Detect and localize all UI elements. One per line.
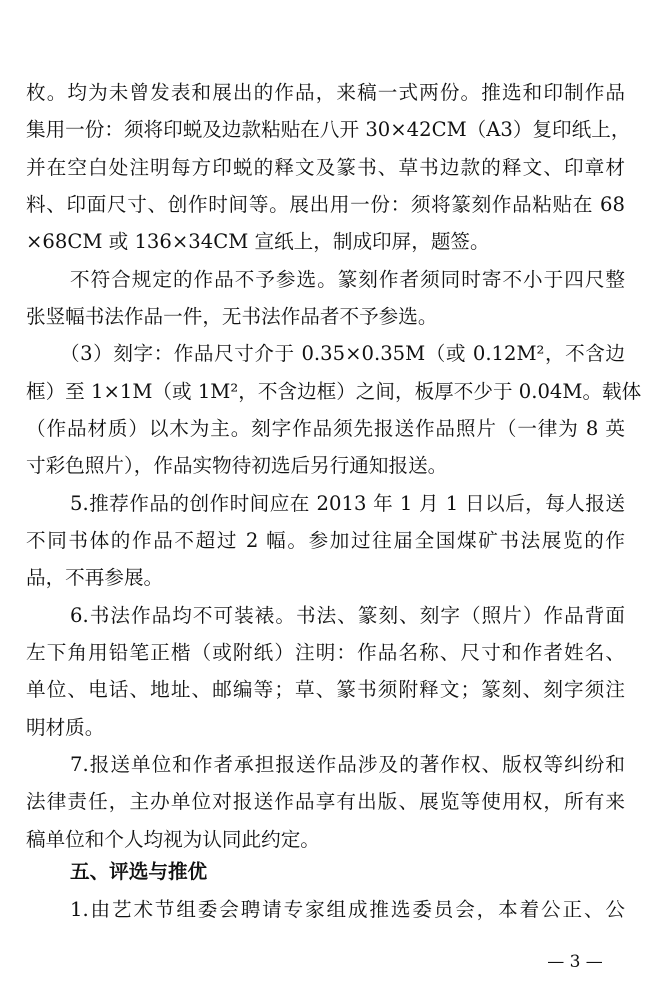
paragraph-line: 不同书体的作品不超过 2 幅。参加过往届全国煤矿书法展览的作: [26, 528, 625, 554]
paragraph-line: 枚。均为未曾发表和展出的作品，来稿一式两份。推选和印制作品: [26, 80, 625, 106]
paragraph-line: 并在空白处注明每方印蜕的释文及篆书、草书边款的释文、印章材: [26, 155, 625, 181]
paragraph-line: ×68CM 或 136×34CM 宣纸上，制成印屏，题签。: [26, 229, 625, 255]
paragraph-line: 张竖幅书法作品一件，无书法作品者不予参选。: [26, 304, 625, 330]
paragraph-line: （3）刻字：作品尺寸介于 0.35×0.35M（或 0.12M²，不含边: [60, 341, 625, 367]
section-heading: 五、评选与推优: [70, 859, 207, 885]
document-page: 枚。均为未曾发表和展出的作品，来稿一式两份。推选和印制作品 集用一份：须将印蜕及…: [0, 0, 650, 994]
page-number: — 3 —: [540, 950, 610, 974]
paragraph-line: 品，不再参展。: [26, 565, 625, 591]
paragraph-line: 5.推荐作品的创作时间应在 2013 年 1 月 1 日以后，每人报送: [70, 491, 625, 517]
paragraph-line: 左下角用铅笔正楷（或附纸）注明：作品名称、尺寸和作者姓名、: [26, 640, 625, 666]
paragraph-line: 1.由艺术节组委会聘请专家组成推选委员会，本着公正、公: [70, 897, 625, 923]
paragraph-line: 6.书法作品均不可装裱。书法、篆刻、刻字（照片）作品背面: [70, 603, 625, 629]
paragraph-line: 明材质。: [26, 715, 625, 741]
paragraph-line: 7.报送单位和作者承担报送作品涉及的著作权、版权等纠纷和: [70, 752, 625, 778]
paragraph-line: 不符合规定的作品不予参选。篆刻作者须同时寄不小于四尺整: [70, 267, 625, 293]
paragraph-line: 料、印面尺寸、创作时间等。展出用一份：须将篆刻作品粘贴在 68: [26, 192, 625, 218]
paragraph-line: 寸彩色照片），作品实物待初选后另行通知报送。: [26, 453, 625, 479]
paragraph-line: 法律责任，主办单位对报送作品享有出版、展览等使用权，所有来: [26, 789, 625, 815]
paragraph-line: 稿单位和个人均视为认同此约定。: [26, 827, 625, 853]
paragraph-line: 集用一份：须将印蜕及边款粘贴在八开 30×42CM（A3）复印纸上，: [26, 117, 625, 143]
paragraph-line: 单位、电话、地址、邮编等；草、篆书须附释文；篆刻、刻字须注: [26, 677, 625, 703]
paragraph-line: 框）至 1×1M（或 1M²，不含边框）之间，板厚不少于 0.04M。载体: [26, 379, 625, 405]
paragraph-line: （作品材质）以木为主。刻字作品须先报送作品照片（一律为 8 英: [26, 416, 625, 442]
